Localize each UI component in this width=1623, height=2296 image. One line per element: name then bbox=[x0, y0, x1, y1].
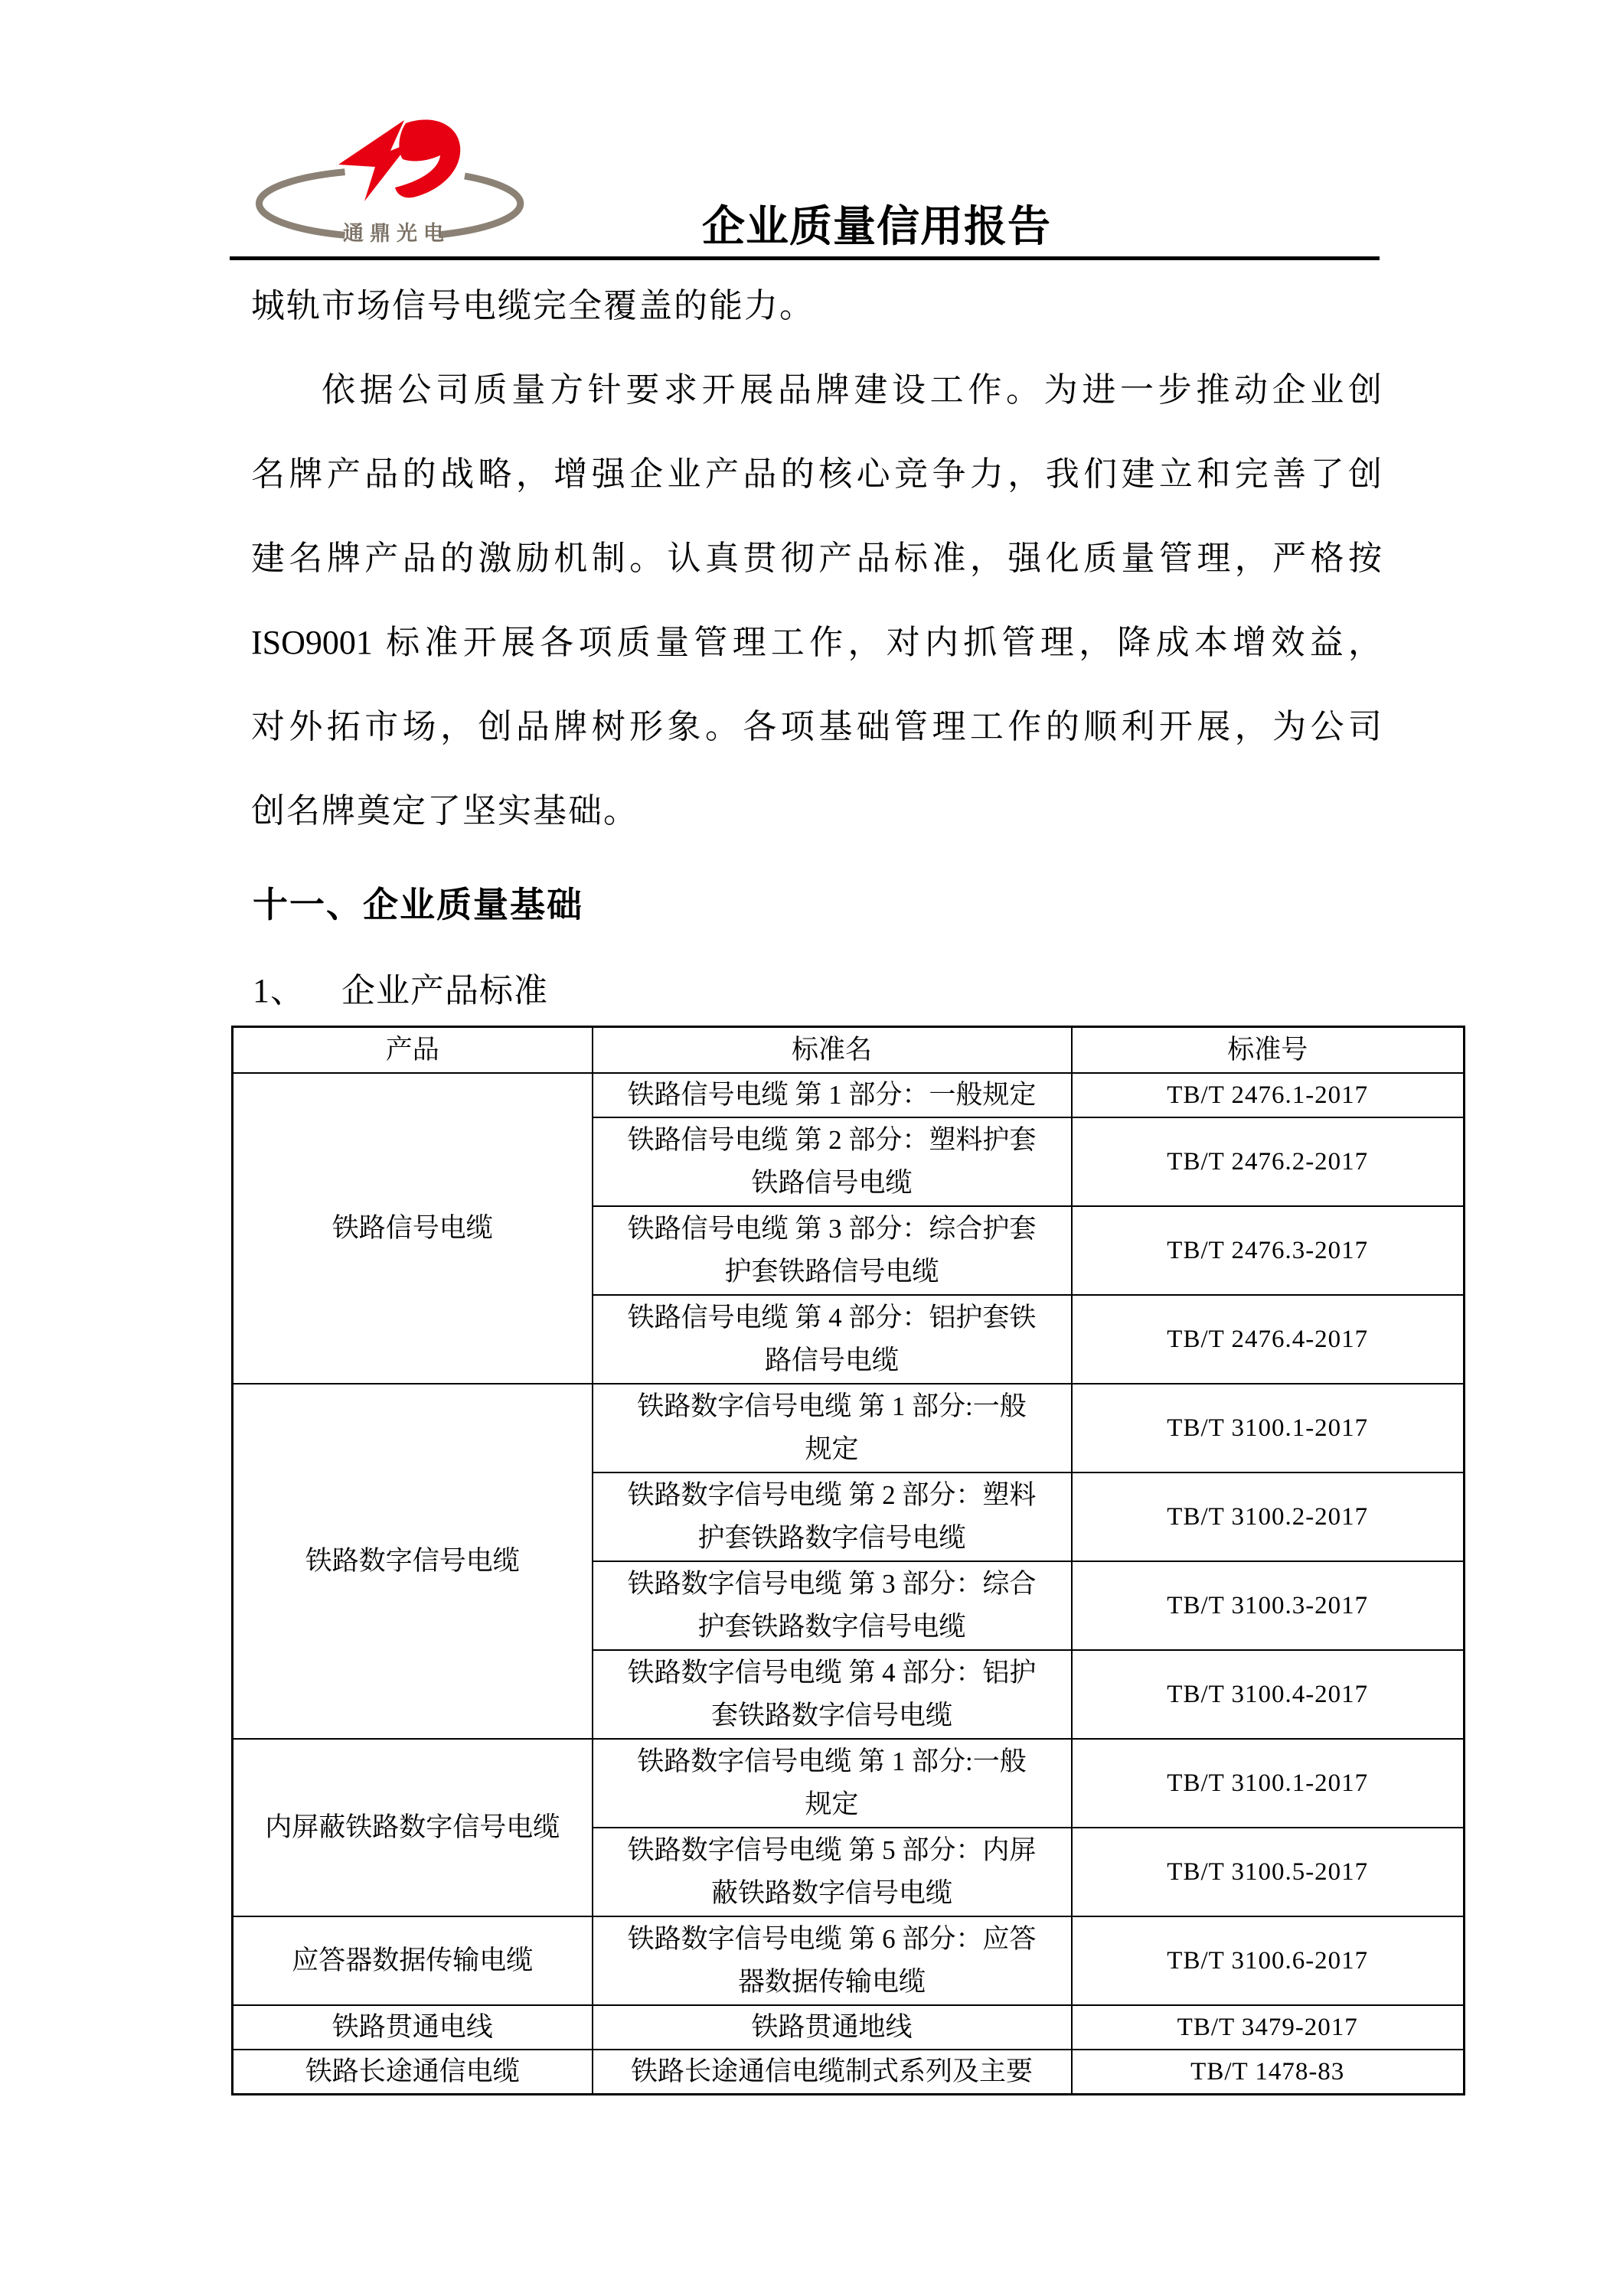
standard-name-cell: 铁路数字信号电缆 第 1 部分:一般 规定 bbox=[593, 1384, 1072, 1473]
paragraph-line: 创名牌奠定了坚实基础。 bbox=[251, 769, 1382, 853]
column-header-standard-name: 标准名 bbox=[593, 1027, 1072, 1074]
standard-name-cell: 铁路数字信号电缆 第 1 部分:一般 规定 bbox=[593, 1739, 1072, 1828]
standard-code-cell: TB/T 2476.1-2017 bbox=[1072, 1073, 1465, 1117]
table-header-row: 产品 标准名 标准号 bbox=[233, 1027, 1465, 1074]
standard-name-cell: 铁路数字信号电缆 第 4 部分：铝护 套铁路数字信号电缆 bbox=[593, 1650, 1072, 1739]
standard-name-cell: 铁路长途通信电缆制式系列及主要 bbox=[593, 2050, 1072, 2095]
product-group-cell: 铁路数字信号电缆 bbox=[233, 1384, 593, 1739]
section-item-title: 企业产品标准 bbox=[341, 972, 548, 1009]
page-title: 企业质量信用报告 bbox=[666, 193, 1087, 254]
document-page: 通鼎光电 企业质量信用报告 城轨市场信号电缆完全覆盖的能力。 依据公司质量方针要… bbox=[0, 0, 1623, 2296]
standard-code-cell: TB/T 3100.6-2017 bbox=[1072, 1916, 1465, 2005]
standard-code-cell: TB/T 3100.1-2017 bbox=[1072, 1739, 1465, 1828]
body-text: 城轨市场信号电缆完全覆盖的能力。 依据公司质量方针要求开展品牌建设工作。为进一步… bbox=[251, 264, 1382, 853]
product-standards-table: 产品 标准名 标准号 铁路信号电缆 铁路信号电缆 第 1 部分：一般规定 TB/… bbox=[231, 1026, 1465, 2095]
product-group-cell: 内屏蔽铁路数字信号电缆 bbox=[233, 1739, 593, 1916]
column-header-product: 产品 bbox=[233, 1027, 593, 1074]
standard-code-cell: TB/T 3100.1-2017 bbox=[1072, 1384, 1465, 1473]
paragraph-line: 依据公司质量方针要求开展品牌建设工作。为进一步推动企业创 bbox=[251, 348, 1382, 432]
company-name: 通鼎光电 bbox=[339, 217, 454, 246]
standard-name-cell: 铁路信号电缆 第 1 部分：一般规定 bbox=[593, 1073, 1072, 1117]
table-row: 铁路数字信号电缆 铁路数字信号电缆 第 1 部分:一般 规定 TB/T 3100… bbox=[233, 1384, 1465, 1473]
standard-code-cell: TB/T 2476.4-2017 bbox=[1072, 1295, 1465, 1384]
table-row: 内屏蔽铁路数字信号电缆 铁路数字信号电缆 第 1 部分:一般 规定 TB/T 3… bbox=[233, 1739, 1465, 1828]
section-item-number: 1、 bbox=[253, 972, 305, 1009]
table-row: 应答器数据传输电缆 铁路数字信号电缆 第 6 部分：应答 器数据传输电缆 TB/… bbox=[233, 1916, 1465, 2005]
table-row: 铁路信号电缆 铁路信号电缆 第 1 部分：一般规定 TB/T 2476.1-20… bbox=[233, 1073, 1465, 1117]
section-item: 1、企业产品标准 bbox=[253, 963, 548, 1012]
standard-code-cell: TB/T 3479-2017 bbox=[1072, 2005, 1465, 2050]
column-header-standard-code: 标准号 bbox=[1072, 1027, 1465, 1074]
standard-code-cell: TB/T 2476.2-2017 bbox=[1072, 1117, 1465, 1206]
standard-name-cell: 铁路信号电缆 第 3 部分：综合护套 护套铁路信号电缆 bbox=[593, 1206, 1072, 1295]
standard-code-cell: TB/T 3100.2-2017 bbox=[1072, 1473, 1465, 1561]
paragraph-line: 对外拓市场，创品牌树形象。各项基础管理工作的顺利开展，为公司 bbox=[251, 685, 1382, 769]
table-row: 铁路长途通信电缆 铁路长途通信电缆制式系列及主要 TB/T 1478-83 bbox=[233, 2050, 1465, 2095]
product-group-cell: 铁路信号电缆 bbox=[233, 1073, 593, 1384]
header-divider bbox=[230, 256, 1380, 260]
standard-name-cell: 铁路数字信号电缆 第 2 部分：塑料 护套铁路数字信号电缆 bbox=[593, 1473, 1072, 1561]
standard-code-cell: TB/T 2476.3-2017 bbox=[1072, 1206, 1465, 1295]
standard-name-cell: 铁路贯通地线 bbox=[593, 2005, 1072, 2050]
standard-code-cell: TB/T 3100.3-2017 bbox=[1072, 1561, 1465, 1650]
standard-code-cell: TB/T 1478-83 bbox=[1072, 2050, 1465, 2095]
paragraph-line: 城轨市场信号电缆完全覆盖的能力。 bbox=[251, 264, 1382, 348]
standard-code-cell: TB/T 3100.5-2017 bbox=[1072, 1828, 1465, 1916]
standard-name-cell: 铁路信号电缆 第 4 部分：铝护套铁 路信号电缆 bbox=[593, 1295, 1072, 1384]
logo-d-shape bbox=[395, 119, 460, 197]
paragraph-line: 名牌产品的战略，增强企业产品的核心竞争力，我们建立和完善了创 bbox=[251, 432, 1382, 517]
standard-name-cell: 铁路数字信号电缆 第 6 部分：应答 器数据传输电缆 bbox=[593, 1916, 1072, 2005]
product-group-cell: 铁路贯通电线 bbox=[233, 2005, 593, 2050]
section-heading: 十一、企业质量基础 bbox=[253, 877, 583, 928]
logo-ellipse-left-arc bbox=[259, 172, 345, 236]
product-group-cell: 应答器数据传输电缆 bbox=[233, 1916, 593, 2005]
standard-name-cell: 铁路数字信号电缆 第 3 部分：综合 护套铁路数字信号电缆 bbox=[593, 1561, 1072, 1650]
standard-name-cell: 铁路数字信号电缆 第 5 部分：内屏 蔽铁路数字信号电缆 bbox=[593, 1828, 1072, 1916]
paragraph-line: ISO9001 标准开展各项质量管理工作，对内抓管理，降成本增效益， bbox=[251, 601, 1382, 685]
standard-name-cell: 铁路信号电缆 第 2 部分：塑料护套 铁路信号电缆 bbox=[593, 1117, 1072, 1206]
standard-code-cell: TB/T 3100.4-2017 bbox=[1072, 1650, 1465, 1739]
table-row: 铁路贯通电线 铁路贯通地线 TB/T 3479-2017 bbox=[233, 2005, 1465, 2050]
product-group-cell: 铁路长途通信电缆 bbox=[233, 2050, 593, 2095]
paragraph-line: 建名牌产品的激励机制。认真贯彻产品标准，强化质量管理，严格按 bbox=[251, 517, 1382, 601]
